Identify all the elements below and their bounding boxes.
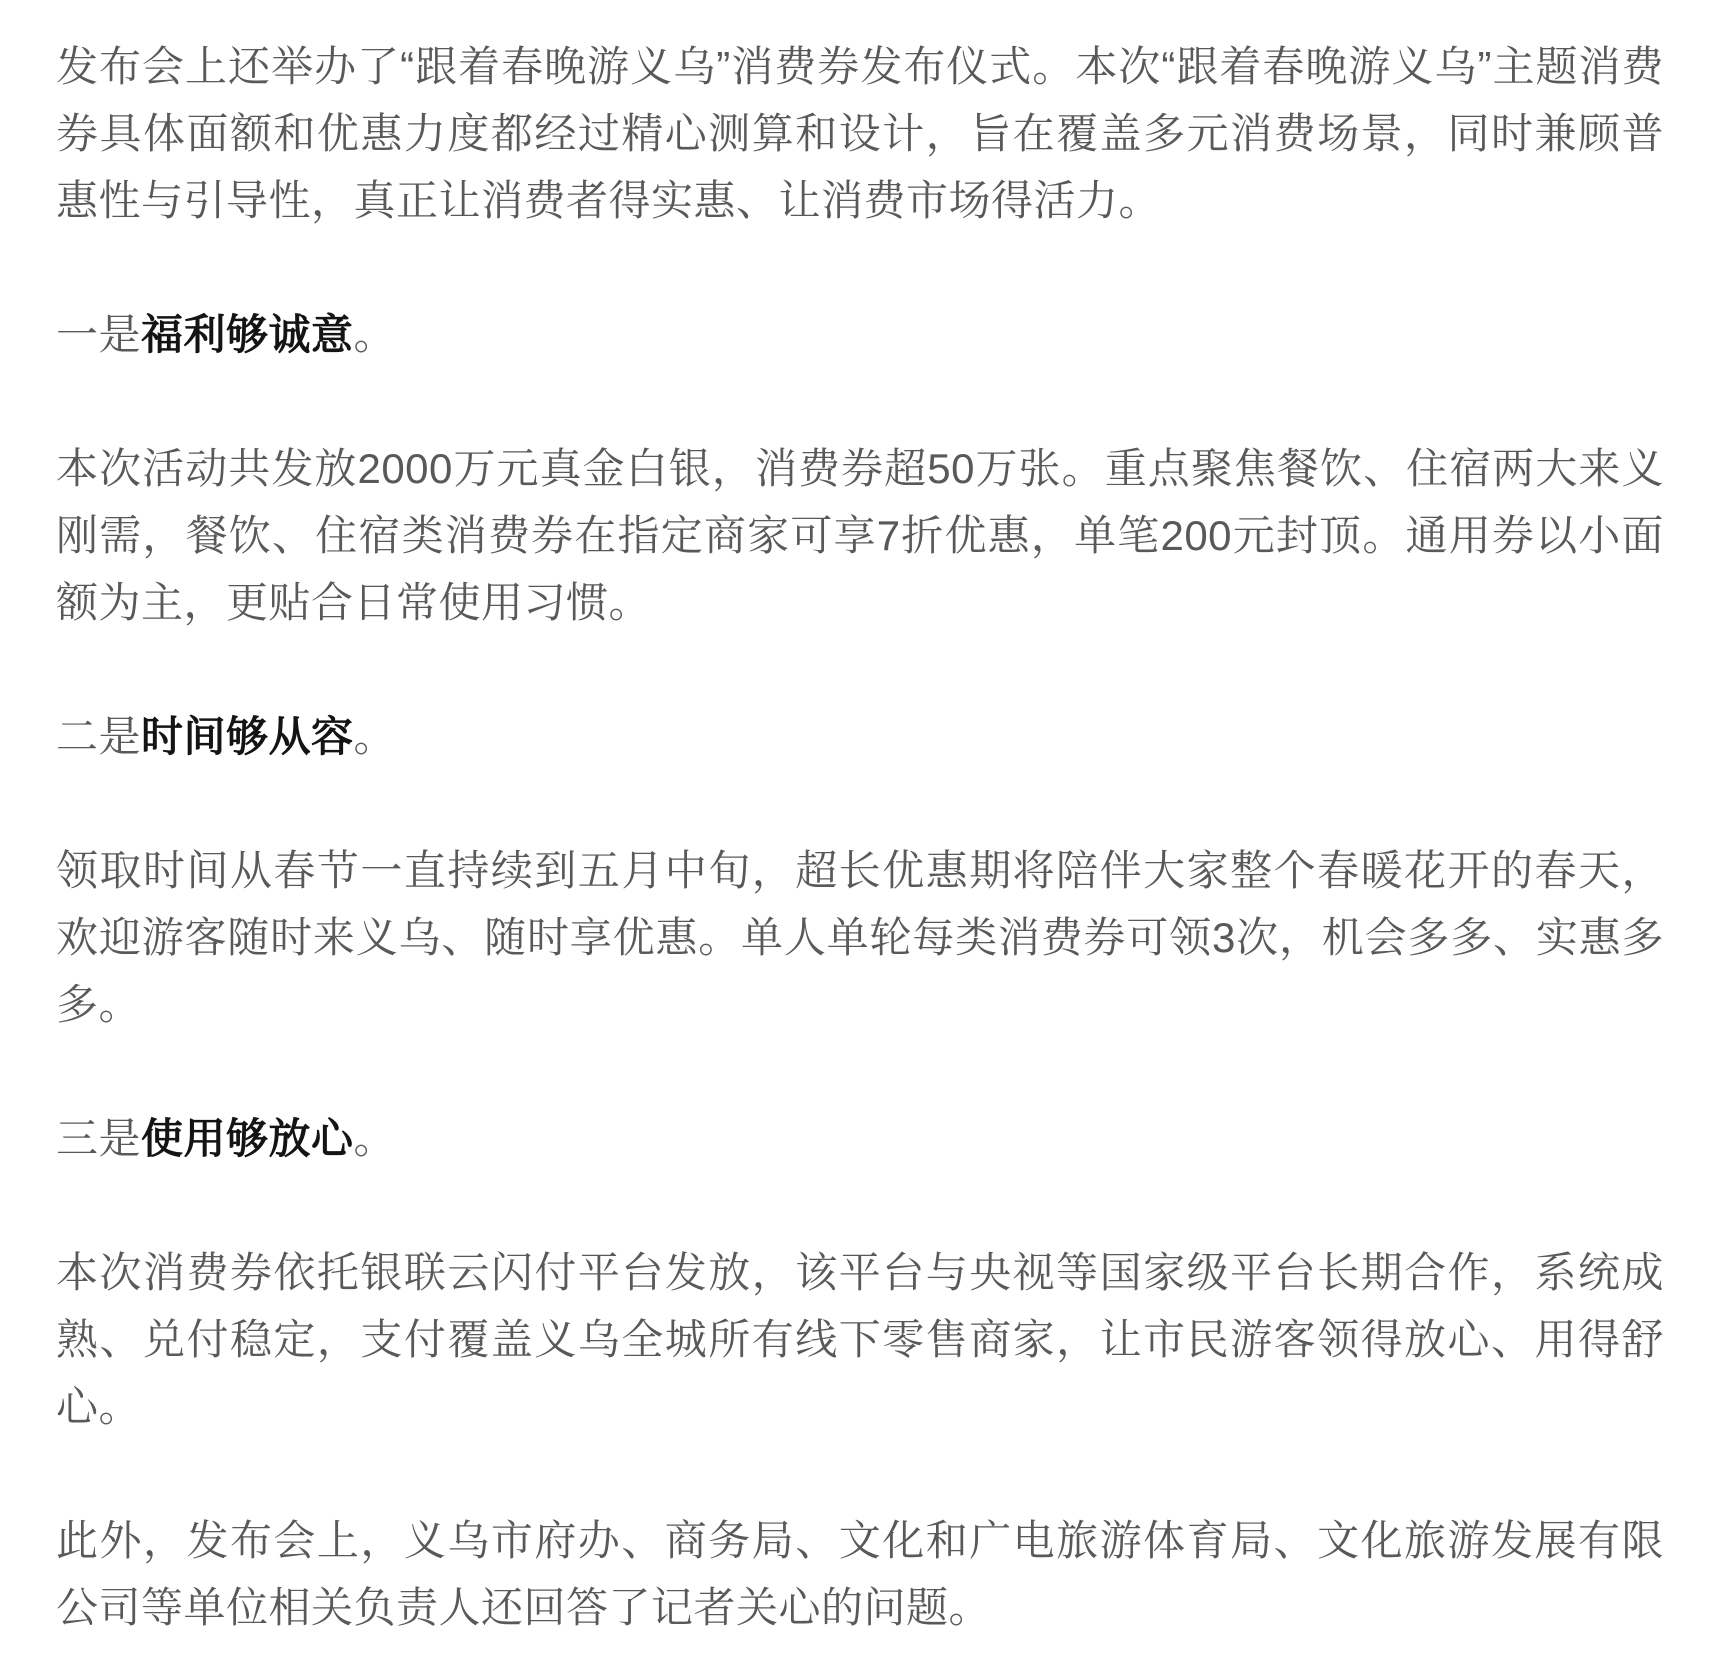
heading-bold-text: 福利够诚意 bbox=[141, 311, 354, 358]
paragraph: 本次消费券依托银联云闪付平台发放，该平台与央视等国家级平台长期合作，系统成熟、兑… bbox=[56, 1239, 1664, 1440]
paragraph-text: 本次活动共发放2000万元真金白银，消费券超50万张。重点聚焦餐饮、住宿两大来义… bbox=[56, 445, 1664, 626]
paragraph-text: 发布会上还举办了“跟着春晚游义乌”消费券发布仪式。本次“跟着春晚游义乌”主题消费… bbox=[56, 43, 1664, 224]
heading-prefix: 三是 bbox=[56, 1115, 141, 1162]
paragraph-text: 本次消费券依托银联云闪付平台发放，该平台与央视等国家级平台长期合作，系统成熟、兑… bbox=[56, 1249, 1664, 1430]
paragraph: 此外，发布会上，义乌市府办、商务局、文化和广电旅游体育局、文化旅游发展有限公司等… bbox=[56, 1507, 1664, 1641]
paragraph-text: 领取时间从春节一直持续到五月中旬，超长优惠期将陪伴大家整个春暖花开的春天，欢迎游… bbox=[56, 847, 1664, 1028]
paragraph-text: 此外，发布会上，义乌市府办、商务局、文化和广电旅游体育局、文化旅游发展有限公司等… bbox=[56, 1517, 1664, 1631]
heading-period: 。 bbox=[354, 1115, 397, 1162]
heading-period: 。 bbox=[354, 713, 397, 760]
paragraph: 本次活动共发放2000万元真金白银，消费券超50万张。重点聚焦餐饮、住宿两大来义… bbox=[56, 435, 1664, 636]
paragraph: 领取时间从春节一直持续到五月中旬，超长优惠期将陪伴大家整个春暖花开的春天，欢迎游… bbox=[56, 837, 1664, 1038]
heading-period: 。 bbox=[354, 311, 397, 358]
section-heading: 二是时间够从容。 bbox=[56, 703, 1664, 770]
heading-prefix: 一是 bbox=[56, 311, 141, 358]
article-body: 发布会上还举办了“跟着春晚游义乌”消费券发布仪式。本次“跟着春晚游义乌”主题消费… bbox=[0, 0, 1722, 1679]
heading-prefix: 二是 bbox=[56, 713, 141, 760]
section-heading: 三是使用够放心。 bbox=[56, 1105, 1664, 1172]
section-heading: 一是福利够诚意。 bbox=[56, 301, 1664, 368]
heading-bold-text: 使用够放心 bbox=[141, 1115, 354, 1162]
paragraph: 发布会上还举办了“跟着春晚游义乌”消费券发布仪式。本次“跟着春晚游义乌”主题消费… bbox=[56, 33, 1664, 234]
heading-bold-text: 时间够从容 bbox=[141, 713, 354, 760]
